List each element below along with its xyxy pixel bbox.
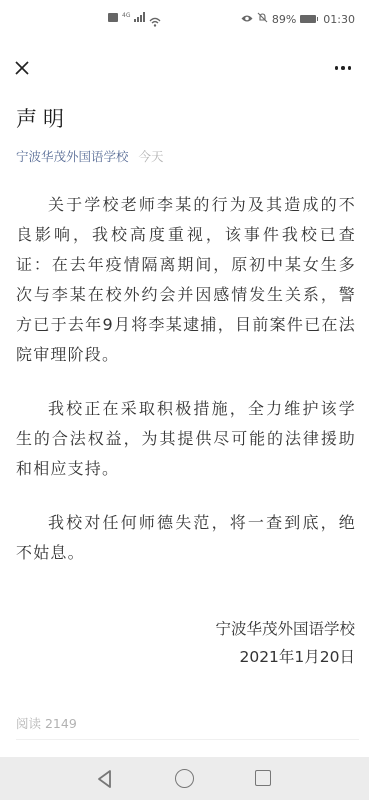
more-button[interactable] <box>331 56 355 80</box>
read-count: 阅读 2149 <box>16 714 77 732</box>
article-meta: 宁波华茂外国语学校 今天 <box>16 147 164 165</box>
clock: 01:30 <box>323 13 355 26</box>
more-icon-dot <box>348 66 352 70</box>
wifi-icon <box>149 12 161 22</box>
status-right: 89% 01:30 <box>241 12 355 26</box>
back-icon <box>95 769 115 789</box>
bell-off-icon <box>257 12 268 26</box>
signature-date: 2021年1月20日 <box>215 643 355 671</box>
recent-apps-button[interactable] <box>255 770 271 786</box>
paragraph: 我校正在采取积极措施，全力维护该学生的合法权益，为其提供尽可能的法律援助和相应支… <box>16 394 356 484</box>
eye-icon <box>241 13 253 26</box>
paragraph: 关于学校老师李某的行为及其造成的不良影响，我校高度重视，该事件我校已查证：在去年… <box>16 190 356 370</box>
status-left: 4G <box>108 12 161 22</box>
close-icon <box>14 60 30 76</box>
signature-block: 宁波华茂外国语学校 2021年1月20日 <box>215 615 355 671</box>
network-type-label: 4G <box>122 12 130 19</box>
back-button[interactable] <box>95 769 115 789</box>
paragraph: 我校对任何师德失范，将一查到底，绝不姑息。 <box>16 508 356 568</box>
signal-icon <box>134 12 145 22</box>
article-title: 声明 <box>16 103 70 133</box>
close-button[interactable] <box>10 56 34 80</box>
more-icon-dot <box>335 66 339 70</box>
status-bar: 4G 89% 01:30 <box>0 0 369 36</box>
sim-icon <box>108 13 118 22</box>
top-nav-bar <box>0 50 369 86</box>
battery-icon <box>300 15 316 23</box>
divider <box>16 739 359 740</box>
author-link[interactable]: 宁波华茂外国语学校 <box>16 147 129 165</box>
battery-percent: 89% <box>272 13 296 26</box>
article-body: 关于学校老师李某的行为及其造成的不良影响，我校高度重视，该事件我校已查证：在去年… <box>16 190 356 592</box>
home-button[interactable] <box>175 769 194 788</box>
signature-organization: 宁波华茂外国语学校 <box>215 615 355 643</box>
system-navigation-bar <box>0 757 369 800</box>
publish-date: 今天 <box>139 147 164 165</box>
more-icon-dot <box>341 66 345 70</box>
